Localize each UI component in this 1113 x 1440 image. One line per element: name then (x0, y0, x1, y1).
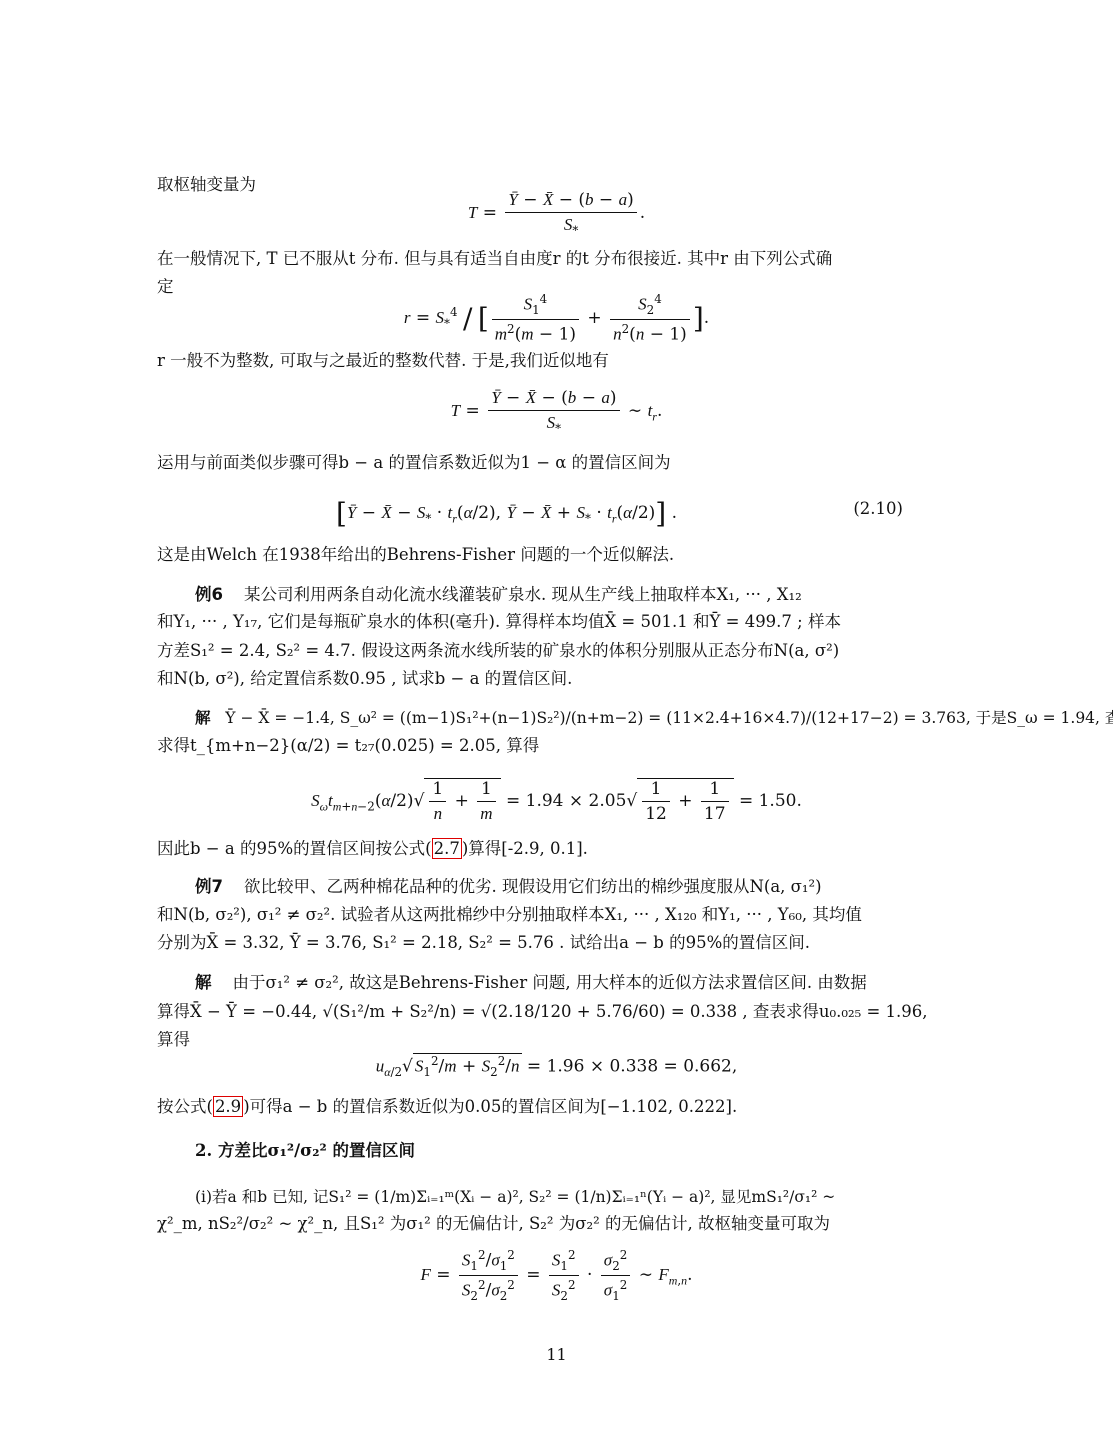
equation-interval: [Ȳ − X̄ − S* · tr(α/2), Ȳ − X̄ + S* · tr… (0, 497, 1063, 530)
example-label: 例6 (195, 585, 223, 604)
solution-7-line: 算得 (157, 1029, 190, 1051)
example-6-line: 例6 某公司利用两条自动化流水线灌装矿泉水. 现从生产线上抽取样本X₁, ···… (195, 584, 802, 606)
example-6-line: 方差S₁² = 2.4, S₂² = 4.7. 假设这两条流水线所装的矿泉水的体… (157, 640, 839, 662)
example-6-line: 和N(b, σ²), 给定置信系数0.95 , 试求b − a 的置信区间. (157, 668, 572, 690)
equation-ref-link[interactable]: 2.9 (213, 1096, 243, 1117)
solution-6-conclusion: 因此b − a 的95%的置信区间按公式(2.7)算得[-2.9, 0.1]. (157, 838, 588, 860)
paragraph: 运用与前面类似步骤可得b − a 的置信系数近似为1 − α 的置信区间为 (157, 452, 671, 474)
equation-f-pivot: F = S12/σ12S22/σ22 = S12S22 · σ22σ12 ∼ F… (0, 1248, 1113, 1303)
solution-label: 解 (195, 973, 212, 992)
equation-t-approx: T = Ȳ − X̄ − (b − a)S* ∼ tr. (0, 388, 1113, 435)
equation-ref-link[interactable]: 2.7 (432, 838, 462, 859)
paragraph: 在一般情况下, T 已不服从t 分布. 但与具有适当自由度r 的t 分布很接近.… (157, 248, 832, 270)
paragraph: 这是由Welch 在1938年给出的Behrens-Fisher 问题的一个近似… (157, 544, 674, 566)
solution-label: 解 (195, 709, 211, 727)
solution-7-conclusion: 按公式(2.9)可得a − b 的置信系数近似为0.05的置信区间为[−1.10… (157, 1096, 737, 1118)
solution-7-line: 解 由于σ₁² ≠ σ₂², 故这是Behrens-Fisher 问题, 用大样… (195, 972, 867, 994)
equation-pivot-t: T = Ȳ − X̄ − (b − a)S*. (0, 190, 1113, 237)
paragraph: r 一般不为整数, 可取与之最近的整数代替. 于是,我们近似地有 (157, 350, 609, 372)
document-page: 取枢轴变量为 T = Ȳ − X̄ − (b − a)S*. 在一般情况下, T… (0, 0, 1113, 1440)
equation-u-margin: uα/2√S12/m + S22/n = 1.96 × 0.338 = 0.66… (0, 1053, 1113, 1080)
example-label: 例7 (195, 877, 223, 896)
example-6-line: 和Y₁, ··· , Y₁₇, 它们是每瓶矿泉水的体积(毫升). 算得样本均值X… (157, 611, 841, 633)
paragraph: (i)若a 和b 已知, 记S₁² = (1/m)Σᵢ₌₁ᵐ(Xᵢ − a)²,… (195, 1186, 835, 1208)
equation-number: (2.10) (853, 499, 903, 518)
solution-7-line: 算得X̄ − Ȳ = −0.44, √(S₁²/m + S₂²/n) = √(2… (157, 1001, 928, 1023)
equation-margin: Sωtm+n−2(α/2)√1n + 1m = 1.94 × 2.05√112 … (0, 778, 1113, 824)
example-7-line: 和N(b, σ₂²), σ₁² ≠ σ₂². 试验者从这两批棉纱中分别抽取样本X… (157, 904, 862, 926)
paragraph: χ²_m, nS₂²/σ₂² ~ χ²_n, 且S₁² 为σ₁² 的无偏估计, … (157, 1213, 830, 1235)
solution-6-line: 解 Ȳ − X̄ = −1.4, S_ω² = ((m−1)S₁²+(n−1)S… (195, 707, 1113, 729)
example-7-line: 例7 欲比较甲、乙两种棉花品种的优劣. 现假设用它们纺出的棉纱强度服从N(a, … (195, 876, 822, 898)
example-7-line: 分别为X̄ = 3.32, Ȳ = 3.76, S₁² = 2.18, S₂² … (157, 932, 810, 954)
solution-6-line: 求得t_{m+n−2}(α/2) = t₂₇(0.025) = 2.05, 算得 (157, 735, 539, 757)
equation-welch-df: r = S*4 / [S14m2(m − 1) + S24n2(n − 1)]. (0, 292, 1113, 345)
section-heading: 2. 方差比σ₁²/σ₂² 的置信区间 (195, 1140, 415, 1162)
page-number: 11 (0, 1345, 1113, 1364)
